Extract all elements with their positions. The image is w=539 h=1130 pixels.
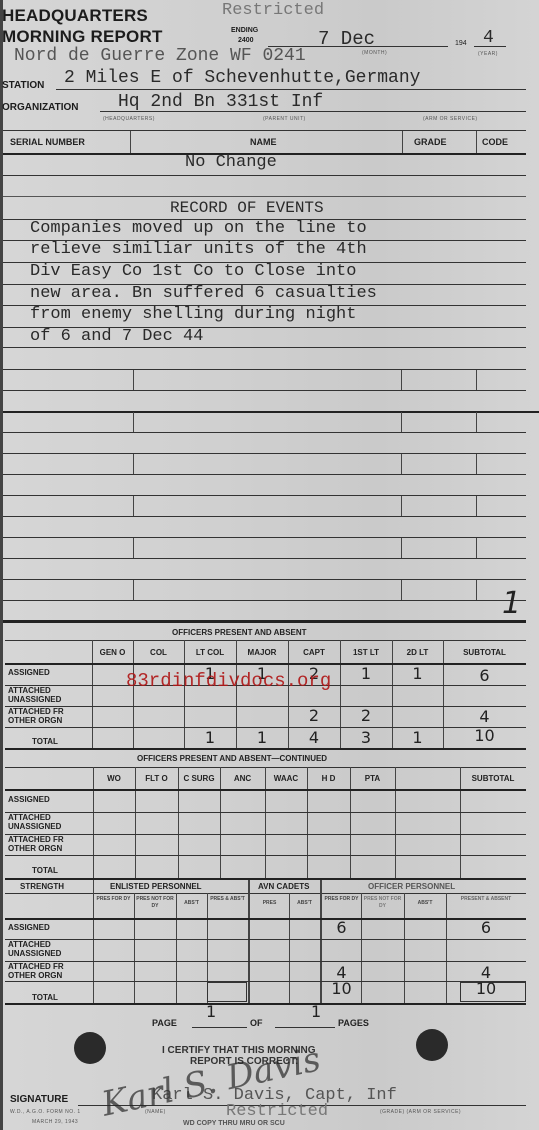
station-underline — [56, 89, 526, 90]
group-officer-personnel: OFFICER PERSONNEL — [368, 882, 455, 891]
organization-label: ORGANIZATION — [2, 102, 78, 113]
officer-value: 6 — [443, 666, 526, 685]
form-date: MARCH 29, 1943 — [32, 1119, 78, 1125]
roster-entry: No Change — [185, 153, 277, 172]
form-title-line2: MORNING REPORT — [2, 27, 163, 47]
row-label-attached-unassigned: ATTACHED UNASSIGNED — [8, 940, 78, 958]
event-line: Div Easy Co 1st Co to Close into — [30, 262, 356, 281]
column-serial-number: SERIAL NUMBER — [10, 137, 85, 147]
column-major: MAJOR — [236, 648, 288, 657]
caption-headquarters: (HEADQUARTERS) — [103, 116, 155, 122]
officers-title: OFFICERS PRESENT AND ABSENT — [172, 628, 307, 637]
subcol-off-pres-for-dy: PRES FOR DY — [322, 896, 361, 903]
subcol-off-abst: ABS'T — [404, 900, 446, 907]
margin-mark: 1 — [502, 586, 521, 621]
group-avn-cadets: AVN CADETS — [258, 882, 309, 891]
binder-hole-left — [74, 1032, 106, 1064]
year-prefix: 194 — [455, 40, 467, 47]
row-label-total: TOTAL — [32, 737, 58, 746]
column-grade: GRADE — [414, 137, 447, 147]
station-label: STATION — [2, 80, 44, 91]
officer-value: 4 — [288, 728, 340, 747]
column-gen-o: GEN O — [92, 648, 133, 657]
row-label-attached-unassigned: ATTACHED UNASSIGNED — [8, 813, 78, 831]
subcol-avn-abst: ABS'T — [289, 900, 320, 907]
row-label-assigned: ASSIGNED — [8, 668, 50, 677]
divider — [3, 130, 526, 131]
column-waac: WAAC — [265, 774, 307, 783]
organization-value: Hq 2nd Bn 331st Inf — [118, 92, 323, 112]
copy-note: WD COPY THRU MRU OR SCU — [183, 1120, 285, 1127]
page-label: PAGE — [152, 1018, 177, 1028]
binder-hole-right — [416, 1029, 448, 1061]
ending-label: ENDING — [231, 27, 258, 34]
strength-label: STRENGTH — [20, 882, 64, 891]
officers-continued-title: OFFICERS PRESENT AND ABSENT—CONTINUED — [137, 754, 327, 763]
column-lt-col: LT COL — [184, 648, 236, 657]
divider — [3, 175, 526, 176]
subcol-off-pres-not-for-dy: PRES NOT FOR DY — [361, 896, 404, 910]
subcol-pres-for-dy: PRES FOR DY — [93, 896, 134, 903]
subcol-pres-and-abst: PRES & ABS'T — [207, 896, 248, 903]
divider — [3, 196, 526, 197]
officer-value: 10 — [443, 726, 526, 745]
form-number: W.D., A.G.O. FORM NO. 1 — [10, 1109, 81, 1115]
row-label-total: TOTAL — [32, 993, 58, 1002]
year-caption: (YEAR) — [478, 51, 498, 57]
row-label-attached-fr-other: ATTACHED FR OTHER ORGN — [8, 835, 78, 853]
row-label-attached-unassigned: ATTACHED UNASSIGNED — [8, 686, 78, 704]
strength-value: 6 — [322, 918, 361, 937]
column-subtotal: SUBTOTAL — [443, 648, 526, 657]
strength-value: 6 — [446, 918, 526, 937]
caption-name: (NAME) — [145, 1109, 166, 1115]
column-1st-lt: 1ST LT — [340, 648, 392, 657]
subcol-avn-pres: PRES — [250, 900, 289, 907]
ending-time: 2400 — [238, 37, 254, 44]
location-line: Nord de Guerre Zone WF 0241 — [14, 46, 306, 66]
column-name: NAME — [250, 137, 277, 147]
event-line: from enemy shelling during night — [30, 305, 356, 324]
column-c-surg: C SURG — [178, 774, 220, 783]
divider — [275, 1027, 335, 1028]
signature-label: SIGNATURE — [10, 1094, 68, 1105]
officer-value: 2 — [288, 706, 340, 725]
divider — [130, 131, 131, 153]
page-edge — [0, 0, 3, 1130]
of-label: OF — [250, 1018, 263, 1028]
classification-top: Restricted — [222, 1, 324, 20]
report-date: 7 Dec — [318, 28, 375, 50]
event-line: new area. Bn suffered 6 casualties — [30, 284, 377, 303]
column-col: COL — [133, 648, 184, 657]
caption-arm-service: (ARM OR SERVICE) — [423, 116, 478, 122]
officer-value: 1 — [340, 664, 392, 683]
event-line: Companies moved up on the line to — [30, 219, 367, 238]
divider — [5, 893, 526, 894]
officer-value: 3 — [340, 728, 392, 747]
month-caption: (MONTH) — [362, 50, 387, 56]
column-hd: H D — [307, 774, 350, 783]
subcol-pres-not-for-dy: PRES NOT FOR DY — [134, 896, 176, 910]
officer-value: 2 — [340, 706, 392, 725]
row-label-attached-fr-other: ATTACHED FR OTHER ORGN — [8, 707, 78, 725]
column-2d-lt: 2D LT — [392, 648, 443, 657]
officer-value: 1 — [392, 728, 443, 747]
station-value: 2 Miles E of Schevenhutte,Germany — [64, 68, 420, 88]
strength-value: 10 — [322, 979, 361, 998]
watermark-site: 83rdinfdivdocs.org — [126, 670, 331, 692]
column-subtotal-continued: SUBTOTAL — [460, 774, 526, 783]
page-total: 1 — [311, 1002, 321, 1021]
divider — [402, 131, 403, 153]
subcol-abst: ABS'T — [176, 900, 207, 907]
form-title-line1: HEADQUARTERS — [2, 6, 148, 26]
caption-parent-unit: (PARENT UNIT) — [263, 116, 306, 122]
column-wo: WO — [93, 774, 135, 783]
column-capt: CAPT — [288, 648, 340, 657]
divider — [192, 1027, 247, 1028]
row-label-attached-fr-other: ATTACHED FR OTHER ORGN — [8, 962, 78, 980]
officer-value: 1 — [184, 728, 236, 747]
caption-grade: (GRADE) (ARM OR SERVICE) — [380, 1109, 461, 1115]
divider — [5, 640, 526, 641]
event-line: relieve similiar units of the 4th — [30, 240, 367, 259]
row-label-assigned: ASSIGNED — [8, 923, 50, 932]
strength-value: 10 — [446, 979, 526, 998]
column-anc: ANC — [220, 774, 265, 783]
row-label-assigned: ASSIGNED — [8, 795, 50, 804]
event-line: of 6 and 7 Dec 44 — [30, 327, 203, 346]
record-of-events-title: RECORD OF EVENTS — [170, 199, 324, 217]
pages-label: PAGES — [338, 1018, 369, 1028]
subcol-present-and-absent: PRESENT & ABSENT — [446, 896, 526, 903]
page-number: 1 — [206, 1002, 216, 1021]
year-digit: 4 — [483, 28, 494, 48]
divider — [476, 131, 477, 153]
classification-bottom: Restricted — [226, 1102, 328, 1121]
morning-report-form: HEADQUARTERS MORNING REPORT Restricted E… — [0, 0, 539, 1130]
group-enlisted: ENLISTED PERSONNEL — [110, 882, 202, 891]
column-flt-o: FLT O — [135, 774, 178, 783]
row-label-total: TOTAL — [32, 866, 58, 875]
officer-value: 1 — [392, 664, 443, 683]
officer-value: 1 — [236, 728, 288, 747]
column-code: CODE — [482, 137, 508, 147]
officer-value: 4 — [443, 707, 526, 726]
column-pta: PTA — [350, 774, 395, 783]
